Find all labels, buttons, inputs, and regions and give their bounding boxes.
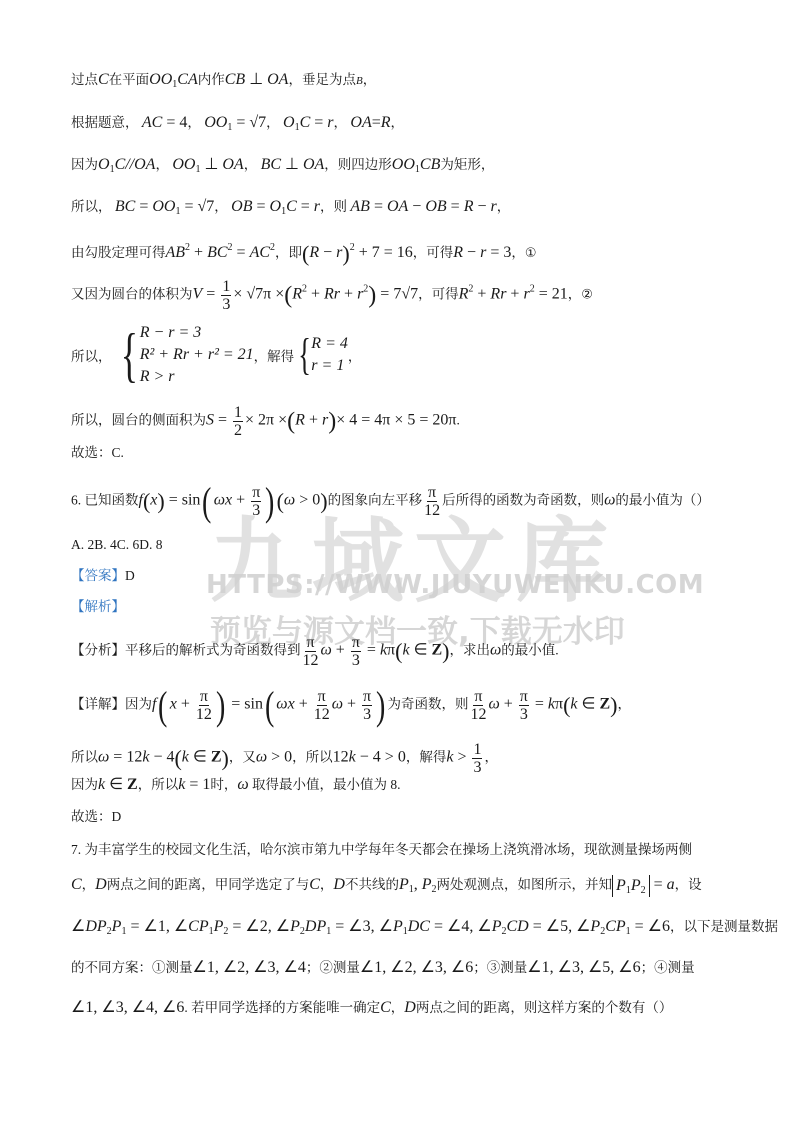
q5-line-5: 由勾股定理可得AB2 + BC2 = AC2，即(R − r)2 + 7 = 1… (71, 238, 537, 264)
solution-system: { R = 4 r = 1 (294, 333, 348, 377)
q6-final: 故选：D (71, 807, 121, 827)
q5-line-1: 过点C在平面OO1CA内作CB ⊥ OA，垂足为点B， (71, 70, 376, 95)
equation-system: { R − r = 3 R² + Rr + r² = 21 R > r (115, 322, 254, 388)
q5-line-6: 又因为圆台的体积为V = 13× √7π ×(R2 + Rr + r2) = 7… (71, 278, 593, 313)
q6-xiangjie: 【详解】因为f(x + π12) = sin(ωx + π12ω + π3)为奇… (71, 688, 631, 723)
q6-answer: 【答案】D (71, 566, 135, 586)
q6-fenxi: 【分析】平移后的解析式为奇函数得到π12ω + π3 = kπ(k ∈ Z)，求… (71, 634, 559, 669)
q7-line-5: ∠1, ∠3, ∠4, ∠6. 若甲同学选择的方案能唯一确定C，D两点之间的距离… (71, 998, 672, 1018)
q7-line-2: C，D两点之间的距离，甲同学选定了与C，D不共线的P1, P2两处观测点，如图所… (71, 875, 702, 900)
q6-stem: 6. 已知函数f(x) = sin(ωx + π3)(ω > 0)的图象向左平移… (71, 484, 710, 519)
q7-line-1: 7. 为丰富学生的校园文化生活，哈尔滨市第九中学每年冬天都会在操场上浇筑滑冰场，… (71, 840, 692, 860)
q7-line-3: ∠DP2P1 = ∠1, ∠CP1P2 = ∠2, ∠P2DP1 = ∠3, ∠… (71, 917, 778, 942)
q6-analysis-label: 【解析】 (71, 597, 125, 617)
answer-label: 【答案】 (71, 568, 125, 583)
q5-line-8: 所以，圆台的侧面积为S = 12× 2π ×(R + r)× 4 = 4π × … (71, 404, 460, 439)
q6-line-b: 因为k ∈ Z，所以k = 1时，ω 取得最小值，最小值为 8. (71, 775, 401, 795)
q6-line-a: 所以ω = 12k − 4(k ∈ Z)，又ω > 0，所以12k − 4 > … (71, 741, 498, 776)
q6-options: A. 2B. 4C. 6D. 8 (71, 535, 163, 555)
q5-answer: 故选：C. (71, 443, 124, 463)
q5-line-3: 因为O1C//OA， OO1 ⊥ OA， BC ⊥ OA，则四边形OO1CB为矩… (71, 155, 494, 180)
watermark-url: HTTPS://WWW.JIUYUWENKU.COM (206, 570, 704, 600)
q5-line-2: 根据题意， AC = 4， OO1 = √7， O1C = r， OA=R， (71, 113, 404, 138)
q5-line-4: 所以， BC = OO1 = √7， OB = O1C = r，则 AB = O… (71, 197, 510, 222)
q7-line-4: 的不同方案：①测量∠1, ∠2, ∠3, ∠4；②测量∠1, ∠2, ∠3, ∠… (71, 958, 695, 978)
q5-line-7: 所以， { R − r = 3 R² + Rr + r² = 21 R > r … (71, 322, 361, 388)
